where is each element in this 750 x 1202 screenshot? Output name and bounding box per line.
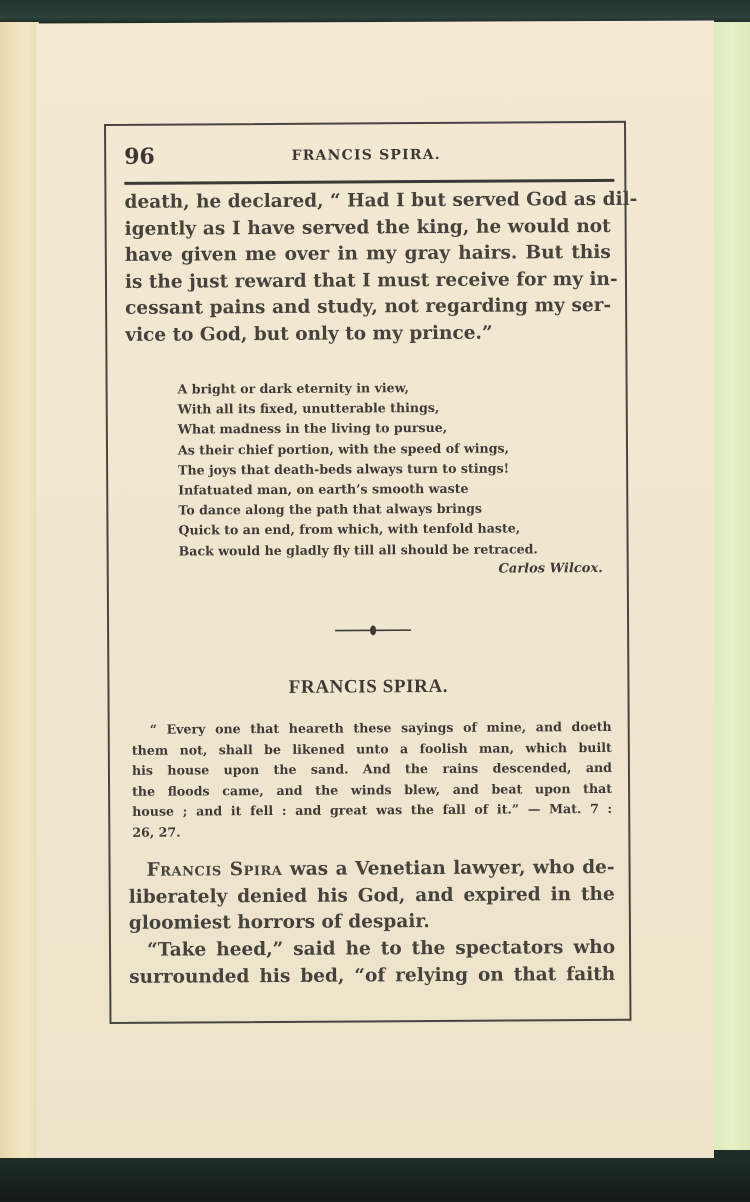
epigraph-line: the floods came, and the winds blew, and…: [132, 778, 612, 801]
epigraph-line: them not, shall be likened unto a foolis…: [132, 737, 612, 760]
poem-line: Quick to an end, from which, with tenfol…: [178, 518, 606, 541]
text-line: gloomiest horrors of despair.: [129, 908, 615, 937]
text-line: death, he declared, “ Had I but served G…: [124, 187, 610, 216]
poem-line: Infatuated man, on earth’s smooth waste: [178, 478, 606, 501]
text-line: “Take heed,” said he to the spectators w…: [129, 935, 615, 964]
text-line: liberately denied his God, and expired i…: [129, 881, 615, 910]
book-cover-bottom: [0, 1158, 750, 1202]
epigraph-line: “ Every one that heareth these sayings o…: [132, 717, 612, 740]
poem: A bright or dark eternity in view, With …: [178, 377, 607, 582]
intro-paragraph: Francis Spira was a Venetian lawyer, who…: [128, 855, 614, 937]
epigraph-line: 26, 27.: [132, 819, 612, 842]
text-frame: 96 FRANCIS SPIRA. death, he declared, “ …: [104, 121, 631, 1024]
poem-line: Back would he gladly fly till all should…: [179, 539, 607, 562]
poem-attribution: Carlos Wilcox.: [179, 559, 603, 582]
poem-line: The joys that death-beds always turn to …: [178, 458, 606, 481]
running-title: FRANCIS SPIRA.: [124, 146, 608, 165]
scripture-epigraph: “ Every one that heareth these sayings o…: [132, 717, 613, 843]
text-line: surrounded his bed, “of relying on that …: [129, 961, 615, 990]
quote-paragraph: “Take heed,” said he to the spectators w…: [129, 935, 615, 991]
text-line: have given me over in my gray hairs. But…: [125, 240, 611, 269]
text-line: vice to God, but only to my prince.”: [125, 319, 611, 348]
poem-line: As their chief portion, with the speed o…: [178, 438, 606, 461]
text-line: is the just reward that I must receive f…: [125, 266, 611, 295]
running-head: 96 FRANCIS SPIRA.: [124, 141, 608, 174]
text-line: cessant pains and study, not regarding m…: [125, 293, 611, 322]
opening-paragraph: death, he declared, “ Had I but served G…: [124, 187, 611, 349]
poem-line: With all its fixed, unutterable things,: [178, 397, 606, 420]
page-edges-right: [712, 22, 750, 1150]
epigraph-line: house ; and it fell : and great was the …: [132, 799, 612, 822]
epigraph-line: his house upon the sand. And the rains d…: [132, 758, 612, 781]
poem-line: A bright or dark eternity in view,: [178, 377, 606, 400]
poem-line: What madness in the living to pursue,: [178, 417, 606, 440]
page-edges-left: [0, 22, 39, 1167]
text-fragment: was a Venetian lawyer, who de-: [282, 857, 614, 880]
text-line: Francis Spira was a Venetian lawyer, who…: [128, 855, 614, 884]
poem-line: To dance along the path that always brin…: [178, 498, 606, 521]
section-divider-ornament: [333, 624, 413, 636]
section-title: FRANCIS SPIRA.: [109, 675, 627, 700]
text-line: igently as I have served the king, he wo…: [125, 213, 611, 242]
header-rule: [124, 179, 614, 185]
name-smallcaps: Francis Spira: [146, 859, 282, 881]
